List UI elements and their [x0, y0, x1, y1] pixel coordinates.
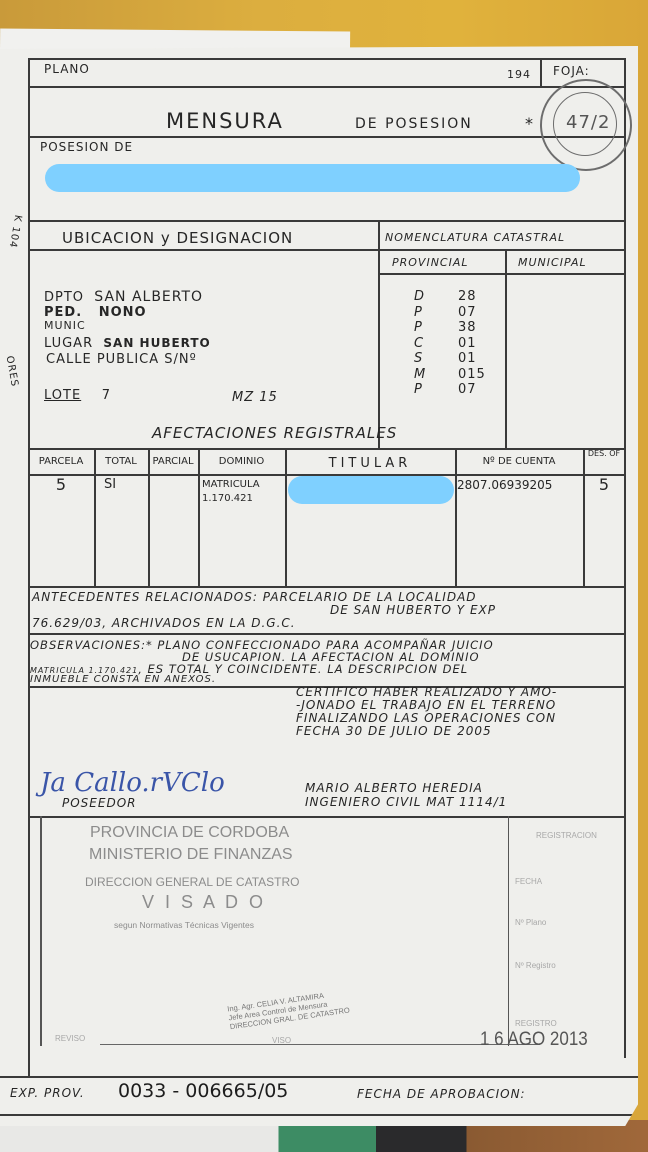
row-divider — [28, 586, 625, 588]
row-divider — [28, 249, 378, 251]
frame-top — [28, 58, 625, 60]
column-divider — [198, 448, 200, 586]
nomenclature-key: P — [414, 320, 423, 335]
col-divider — [378, 220, 380, 448]
registracion-registro: Nº Registro — [515, 961, 556, 970]
margin-note-1: K 104 — [7, 214, 24, 249]
row-divider — [378, 273, 625, 275]
antecedentes-line2: DE SAN HUBERTO Y EXP — [330, 603, 496, 617]
observaciones-line4: INMUEBLE CONSTA EN ANEXOS. — [30, 674, 216, 685]
column-divider — [148, 448, 150, 586]
ubicacion-mz: MZ 15 — [232, 390, 278, 405]
redacted-owner-name — [45, 164, 580, 192]
date-stamp: 1 6 AGO 2013 — [480, 1028, 588, 1051]
column-header: PARCIAL — [150, 456, 196, 467]
column-divider — [583, 448, 585, 586]
antecedentes-line3: 76.629/03, ARCHIVADOS EN LA D.G.C. — [32, 616, 296, 630]
table-cell: 5 — [583, 478, 625, 492]
visado-left-line — [40, 816, 42, 1046]
fecha-aprobacion-label: FECHA DE APROBACION: — [357, 1087, 526, 1101]
row-divider — [28, 448, 625, 450]
nomenclature-value: 07 — [458, 305, 477, 320]
row-divider — [28, 86, 625, 88]
survey-plan-sheet: PLANO 194 FOJA: MENSURA DE POSESION * 47… — [0, 46, 638, 1126]
registracion-divider — [508, 816, 509, 1046]
frame-right — [624, 58, 626, 1058]
column-divider — [455, 448, 457, 586]
nomenclature-key: P — [414, 382, 423, 397]
row-divider — [28, 136, 625, 138]
table-cell: SI — [104, 478, 138, 492]
row-divider — [28, 220, 625, 222]
column-header: TOTAL — [96, 456, 146, 467]
nomenclature-value: 38 — [458, 320, 477, 335]
certificacion-text: CERTIFICO HABER REALIZADO Y AMO- -JONADO… — [296, 686, 557, 738]
column-divider — [285, 448, 287, 586]
plano-number: 194 — [507, 68, 531, 81]
ubicacion-heading: UBICACION y DESIGNACION — [62, 229, 293, 247]
frame-left — [28, 58, 30, 1078]
ubicacion-calle: CALLE PUBLICA S/Nº — [46, 352, 197, 367]
provincial-label: PROVINCIAL — [392, 256, 469, 269]
exp-prov-label: EXP. PROV. — [10, 1086, 85, 1100]
title-asterisk: * — [525, 114, 534, 133]
municipal-label: MUNICIPAL — [518, 256, 587, 269]
nomenclature-value: 28 — [458, 289, 477, 304]
nomenclature-value: 015 — [458, 367, 486, 382]
ubicacion-dpto: DPTO SAN ALBERTO — [44, 289, 203, 305]
nomenclatura-heading: NOMENCLATURA CATASTRAL — [385, 231, 565, 244]
posesion-label: POSESION DE — [40, 140, 133, 154]
plano-label: PLANO — [44, 62, 90, 76]
margin-note-2: ORES — [4, 355, 20, 388]
column-header: Nº DE CUENTA — [457, 456, 581, 467]
column-header: DES. OF — [585, 449, 623, 458]
nomenclature-value: 07 — [458, 382, 477, 397]
antecedentes-block: ANTECEDENTES RELACIONADOS: PARCELARIO DE… — [32, 590, 477, 604]
poseedor-signature: Ja Callo.rVClo — [40, 768, 225, 798]
visado-direccion: DIRECCION GENERAL DE CATASTRO — [85, 875, 299, 889]
engineer-title: INGENIERO CIVIL MAT 1114/1 — [305, 795, 507, 809]
foja-label: FOJA: — [553, 64, 590, 78]
title-mensura: MENSURA — [166, 109, 284, 133]
row-divider — [378, 249, 625, 251]
footer-bottom-line — [0, 1114, 638, 1116]
registracion-heading: REGISTRACION — [536, 831, 597, 840]
column-header: DOMINIO — [200, 456, 283, 467]
row-divider — [28, 816, 625, 818]
ubicacion-lote: LOTE 7 — [44, 388, 111, 403]
table-cell: 5 — [28, 478, 94, 492]
nomenclature-value: 01 — [458, 336, 477, 351]
reviso-label: REVISO — [55, 1034, 85, 1043]
nomenclature-key: S — [414, 351, 423, 366]
engineer-name: MARIO ALBERTO HEREDIA — [305, 781, 483, 795]
nomenclature-key: C — [414, 336, 424, 351]
column-header: PARCELA — [30, 456, 92, 467]
visado-bottom-line — [100, 1044, 540, 1045]
exp-prov-number: 0033 - 006665/05 — [118, 1080, 288, 1102]
stamp-number: 47/2 — [566, 112, 610, 133]
table-cell: 2807.06939205 — [457, 478, 581, 492]
ubicacion-munic: MUNIC — [44, 319, 86, 332]
foja-divider — [540, 58, 542, 86]
approval-stamp: Ing. Agr. CELIA V. ALTAMIRA Jefe Area Co… — [227, 988, 351, 1032]
visado-ministerio: MINISTERIO DE FINANZAS — [89, 846, 293, 864]
nomenclature-key: D — [414, 289, 425, 304]
col-divider — [505, 249, 507, 448]
ubicacion-ped: PED. NONO — [44, 305, 147, 320]
column-divider — [94, 448, 96, 586]
nomenclature-key: M — [414, 367, 426, 382]
ubicacion-lugar: LUGAR SAN HUBERTO — [44, 336, 211, 351]
column-header: TITULAR — [287, 456, 453, 471]
poseedor-label: POSEEDOR — [62, 796, 137, 810]
nomenclature-key: P — [414, 305, 423, 320]
visado-provincia: PROVINCIA DE CORDOBA — [90, 824, 289, 842]
visado-normativas: segun Normativas Técnicas Vigentes — [114, 920, 254, 930]
afectaciones-heading: AFECTACIONES REGISTRALES — [152, 424, 397, 442]
nomenclature-value: 01 — [458, 351, 477, 366]
title-de-posesion: DE POSESION — [355, 116, 473, 132]
table-cell: MATRICULA 1.170.421 — [202, 478, 281, 506]
row-divider — [28, 633, 625, 635]
redacted-titular — [288, 476, 454, 504]
registracion-plano: Nº Plano — [515, 918, 546, 927]
registracion-fecha: FECHA — [515, 877, 542, 886]
visado-title: V I S A D O — [142, 892, 266, 913]
footer-top-line — [0, 1076, 638, 1078]
